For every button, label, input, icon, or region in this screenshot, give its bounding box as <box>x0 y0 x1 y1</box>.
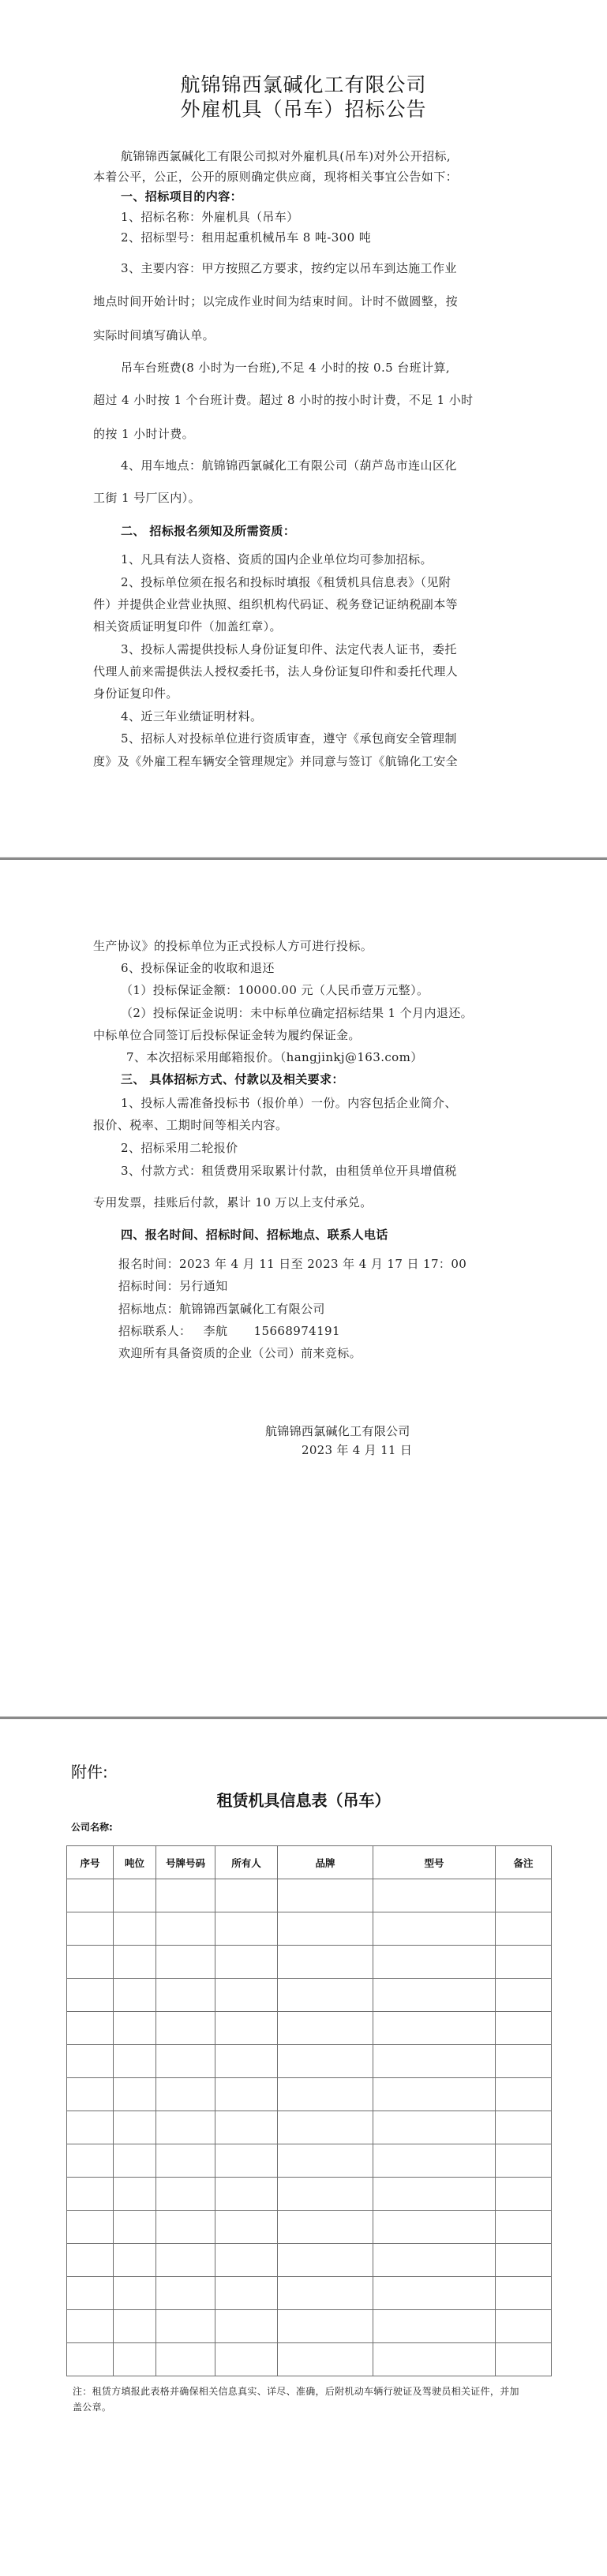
signature-date: 2023 年 4 月 11 日 <box>302 1442 412 1458</box>
table-cell <box>496 2178 552 2211</box>
table-cell <box>496 1912 552 1946</box>
table-cell <box>278 2012 373 2045</box>
table-cell <box>67 2211 114 2244</box>
column-header-plate-number: 号牌号码 <box>156 1846 215 1879</box>
section-3-item: 3、付款方式：租赁费用采取累计付款，由租赁单位开具增值税 <box>121 1163 553 1179</box>
table-cell <box>278 2178 373 2211</box>
table-cell <box>215 2144 278 2178</box>
table-cell <box>373 1879 496 1912</box>
table-row <box>67 2045 552 2078</box>
table-cell <box>496 2343 552 2376</box>
table-cell <box>373 1979 496 2012</box>
table-cell <box>373 2144 496 2178</box>
section-3-item: 2、招标采用二轮报价 <box>121 1140 553 1156</box>
table-cell <box>67 2244 114 2277</box>
table-cell <box>114 2111 156 2144</box>
form-note: 注：租赁方填报此表格并确保相关信息真实、详尽、准确，后附机动车辆行驶证及驾驶员相… <box>73 2383 546 2415</box>
table-cell <box>156 2310 215 2343</box>
table-cell <box>156 2178 215 2211</box>
intro-text: 本着公平，公正，公开的原则确定供应商，现将相关事宜公告如下： <box>93 169 526 185</box>
table-cell <box>215 2012 278 2045</box>
column-header-tonnage: 吨位 <box>114 1846 156 1879</box>
section-2-item: 件）并提供企业营业执照、组织机构代码证、税务登记证纳税副本等 <box>93 596 526 612</box>
table-cell <box>215 2343 278 2376</box>
table-cell <box>215 1946 278 1979</box>
table-row <box>67 2310 552 2343</box>
column-header-serial: 序号 <box>67 1846 114 1879</box>
table-cell <box>215 2078 278 2111</box>
section-1-item: 1、招标名称：外雇机具（吊车） <box>121 209 553 225</box>
table-cell <box>156 2211 215 2244</box>
section-4-heading: 四、报名时间、招标时间、招标地点、联系人电话 <box>121 1227 553 1243</box>
table-cell <box>114 1979 156 2012</box>
section-3-item: 1、投标人需准备投标书（报价单）一份。内容包括企业简介、 <box>121 1095 553 1111</box>
section-2-item: 2、投标单位须在报名和投标时填报《租赁机具信息表》（见附 <box>121 574 553 590</box>
table-cell <box>114 1946 156 1979</box>
table-cell <box>156 2277 215 2310</box>
table-row <box>67 2012 552 2045</box>
table-cell <box>114 2343 156 2376</box>
table-cell <box>496 2045 552 2078</box>
welcome-text: 欢迎所有具备资质的企业（公司）前来竞标。 <box>118 1345 551 1361</box>
section-2-item: 5、招标人对投标单位进行资质审查，遵守《承包商安全管理制 <box>121 731 553 746</box>
table-cell <box>373 2244 496 2277</box>
section-2-item: 代理人前来需提供法人授权委托书，法人身份证复印件和委托代理人 <box>93 664 526 679</box>
table-row <box>67 2178 552 2211</box>
table-row <box>67 2211 552 2244</box>
table-cell <box>496 1946 552 1979</box>
section-1-item: 2、招标型号：租用起重机械吊车 8 吨-300 吨 <box>121 230 553 245</box>
bid-time: 招标时间：另行通知 <box>118 1278 551 1294</box>
table-cell <box>496 2012 552 2045</box>
section-1-item: 3、主要内容：甲方按照乙方要求，按约定以吊车到达施工作业 <box>121 260 553 276</box>
email-quote-text: 7、本次招标采用邮箱报价。（hangjinkj@163.com） <box>126 1049 559 1065</box>
table-cell <box>373 1912 496 1946</box>
table-cell <box>278 2078 373 2111</box>
table-cell <box>67 2310 114 2343</box>
table-header-row: 序号 吨位 号牌号码 所有人 品牌 型号 备注 <box>67 1846 552 1879</box>
table-cell <box>278 1946 373 1979</box>
table-cell <box>278 2211 373 2244</box>
table-cell <box>114 1879 156 1912</box>
table-cell <box>215 2211 278 2244</box>
section-2-item: 相关资质证明复印件（加盖红章）。 <box>93 619 526 634</box>
bid-location: 招标地点：航锦锦西氯碱化工有限公司 <box>118 1301 551 1317</box>
table-cell <box>67 2078 114 2111</box>
table-cell <box>373 2211 496 2244</box>
table-cell <box>496 2310 552 2343</box>
contact-name: 李航 <box>204 1324 228 1338</box>
section-3-item: 报价、税率、工期时间等相关内容。 <box>93 1117 526 1133</box>
table-cell <box>373 2178 496 2211</box>
table-row <box>67 1879 552 1912</box>
contact-info: 招标联系人： 李航 15668974191 <box>118 1323 551 1339</box>
table-cell <box>156 1946 215 1979</box>
column-header-model: 型号 <box>373 1846 496 1879</box>
table-row <box>67 1946 552 1979</box>
table-cell <box>373 2310 496 2343</box>
table-cell <box>67 1946 114 1979</box>
table-cell <box>156 2343 215 2376</box>
table-cell <box>215 2277 278 2310</box>
table-cell <box>278 1879 373 1912</box>
signature-company: 航锦锦西氯碱化工有限公司 <box>265 1423 410 1439</box>
column-header-owner: 所有人 <box>215 1846 278 1879</box>
table-cell <box>67 2277 114 2310</box>
table-cell <box>373 1946 496 1979</box>
table-cell <box>496 2111 552 2144</box>
table-cell <box>67 2343 114 2376</box>
contact-phone: 15668974191 <box>254 1324 340 1338</box>
table-cell <box>114 2310 156 2343</box>
table-cell <box>215 1979 278 2012</box>
table-cell <box>496 2244 552 2277</box>
table-row <box>67 1912 552 1946</box>
section-2-item: 3、投标人需提供投标人身份证复印件、法定代表人证书，委托 <box>121 641 553 657</box>
table-cell <box>278 1979 373 2012</box>
column-header-remarks: 备注 <box>496 1846 552 1879</box>
section-1-item: 工街 1 号厂区内）。 <box>93 490 526 506</box>
table-cell <box>156 2244 215 2277</box>
page-1: 航锦锦西氯碱化工有限公司 外雇机具（吊车）招标公告 航锦锦西氯碱化工有限公司拟对… <box>0 0 607 857</box>
table-cell <box>67 2012 114 2045</box>
table-cell <box>215 2111 278 2144</box>
table-cell <box>278 1912 373 1946</box>
table-row <box>67 2244 552 2277</box>
table-cell <box>278 2045 373 2078</box>
table-cell <box>215 1912 278 1946</box>
section-1-heading: 一、招标项目的内容： <box>121 189 553 204</box>
section-1-item: 4、用车地点：航锦锦西氯碱化工有限公司（葫芦岛市连山区化 <box>121 458 553 473</box>
form-title: 租赁机具信息表（吊车） <box>0 1788 607 1811</box>
page-2: 生产协议》的投标单位为正式投标人方可进行投标。 6、投标保证金的收取和退还 （1… <box>0 860 607 1715</box>
table-cell <box>114 2178 156 2211</box>
section-1-item: 实际时间填写确认单。 <box>93 327 526 343</box>
section-3-heading: 三、 具体招标方式、付款以及相关要求： <box>121 1071 553 1087</box>
document-title-notice: 外雇机具（吊车）招标公告 <box>0 98 607 122</box>
table-cell <box>215 2045 278 2078</box>
table-cell <box>496 1979 552 2012</box>
form-note-line: 盖公章。 <box>73 2399 546 2415</box>
table-row <box>67 2277 552 2310</box>
company-name-label: 公司名称: <box>71 1820 113 1834</box>
table-cell <box>373 2045 496 2078</box>
intro-text: 航锦锦西氯碱化工有限公司拟对外雇机具(吊车)对外公开招标, <box>121 148 553 164</box>
section-2-item: 4、近三年业绩证明材料。 <box>121 708 553 724</box>
table-body <box>67 1879 552 2376</box>
column-header-brand: 品牌 <box>278 1846 373 1879</box>
table-cell <box>156 1879 215 1912</box>
crane-fee-text: 的按 1 小时计费。 <box>93 426 526 442</box>
table-cell <box>67 2045 114 2078</box>
table-cell <box>278 2111 373 2144</box>
table-cell <box>278 2144 373 2178</box>
table-cell <box>114 2211 156 2244</box>
table-cell <box>114 1912 156 1946</box>
table-cell <box>156 2078 215 2111</box>
crane-fee-text: 吊车台班费(8 小时为一台班),不足 4 小时的按 0.5 台班计算, <box>121 360 553 376</box>
table-cell <box>156 2012 215 2045</box>
table-row <box>67 2111 552 2144</box>
table-row <box>67 1979 552 2012</box>
table-cell <box>114 2144 156 2178</box>
deposit-amount: （1）投标保证金额：10000.00 元（人民币壹万元整）。 <box>121 982 553 998</box>
table-cell <box>67 2144 114 2178</box>
table-row <box>67 2144 552 2178</box>
table-cell <box>496 2211 552 2244</box>
section-3-item: 专用发票，挂账后付款，累计 10 万以上支付承兑。 <box>93 1195 526 1210</box>
table-cell <box>215 2310 278 2343</box>
table-cell <box>373 2277 496 2310</box>
deposit-note: （2）投标保证金说明：未中标单位确定招标结果 1 个月内退还。 <box>121 1005 553 1021</box>
table-cell <box>67 2178 114 2211</box>
attachment-label: 附件: <box>71 1759 108 1782</box>
section-2-heading: 二、 招标报名须知及所需资质： <box>121 523 553 539</box>
table-cell <box>156 1979 215 2012</box>
contact-label: 招标联系人： <box>118 1324 191 1338</box>
table-cell <box>278 2277 373 2310</box>
table-cell <box>67 1912 114 1946</box>
table-cell <box>215 2178 278 2211</box>
table-cell <box>278 2310 373 2343</box>
table-cell <box>114 2045 156 2078</box>
table-cell <box>496 2277 552 2310</box>
table-cell <box>496 1879 552 1912</box>
document-title-company: 航锦锦西氯碱化工有限公司 <box>0 73 607 97</box>
table-cell <box>156 1912 215 1946</box>
table-cell <box>67 1879 114 1912</box>
table-cell <box>496 2144 552 2178</box>
table-cell <box>114 2244 156 2277</box>
table-cell <box>114 2012 156 2045</box>
table-cell <box>156 2144 215 2178</box>
table-cell <box>114 2277 156 2310</box>
table-cell <box>114 2078 156 2111</box>
crane-fee-text: 超过 4 小时按 1 个台班计费。超过 8 小时的按小时计费，不足 1 小时 <box>93 392 526 408</box>
section-2-item: 1、凡具有法人资格、资质的国内企业单位均可参加招标。 <box>121 551 553 567</box>
table-row <box>67 2343 552 2376</box>
section-2-item: 身份证复印件。 <box>93 686 526 701</box>
table-cell <box>373 2343 496 2376</box>
table-cell <box>67 1979 114 2012</box>
table-cell <box>373 2078 496 2111</box>
table-cell <box>373 2012 496 2045</box>
table-cell <box>215 2244 278 2277</box>
table-cell <box>156 2045 215 2078</box>
section-2-item: 6、投标保证金的收取和退还 <box>121 960 553 976</box>
form-note-line: 注：租赁方填报此表格并确保相关信息真实、详尽、准确，后附机动车辆行驶证及驾驶员相… <box>73 2383 546 2399</box>
table-cell <box>67 2111 114 2144</box>
table-cell <box>215 1879 278 1912</box>
deposit-note: 中标单位合同签订后投标保证金转为履约保证金。 <box>93 1027 526 1043</box>
section-2-item: 度》及《外雇工程车辆安全管理规定》并同意与签订《航锦化工安全 <box>93 753 526 769</box>
rental-equipment-table: 序号 吨位 号牌号码 所有人 品牌 型号 备注 <box>66 1845 552 2376</box>
table-cell <box>278 2343 373 2376</box>
table-row <box>67 2078 552 2111</box>
section-2-item: 生产协议》的投标单位为正式投标人方可进行投标。 <box>93 938 526 954</box>
table-cell <box>373 2111 496 2144</box>
registration-time: 报名时间：2023 年 4 月 11 日至 2023 年 4 月 17 日 17… <box>118 1256 551 1272</box>
table-cell <box>278 2244 373 2277</box>
section-1-item: 地点时间开始计时；以完成作业时间为结束时间。计时不做圆整，按 <box>93 293 526 309</box>
table-cell <box>496 2078 552 2111</box>
table-cell <box>156 2111 215 2144</box>
